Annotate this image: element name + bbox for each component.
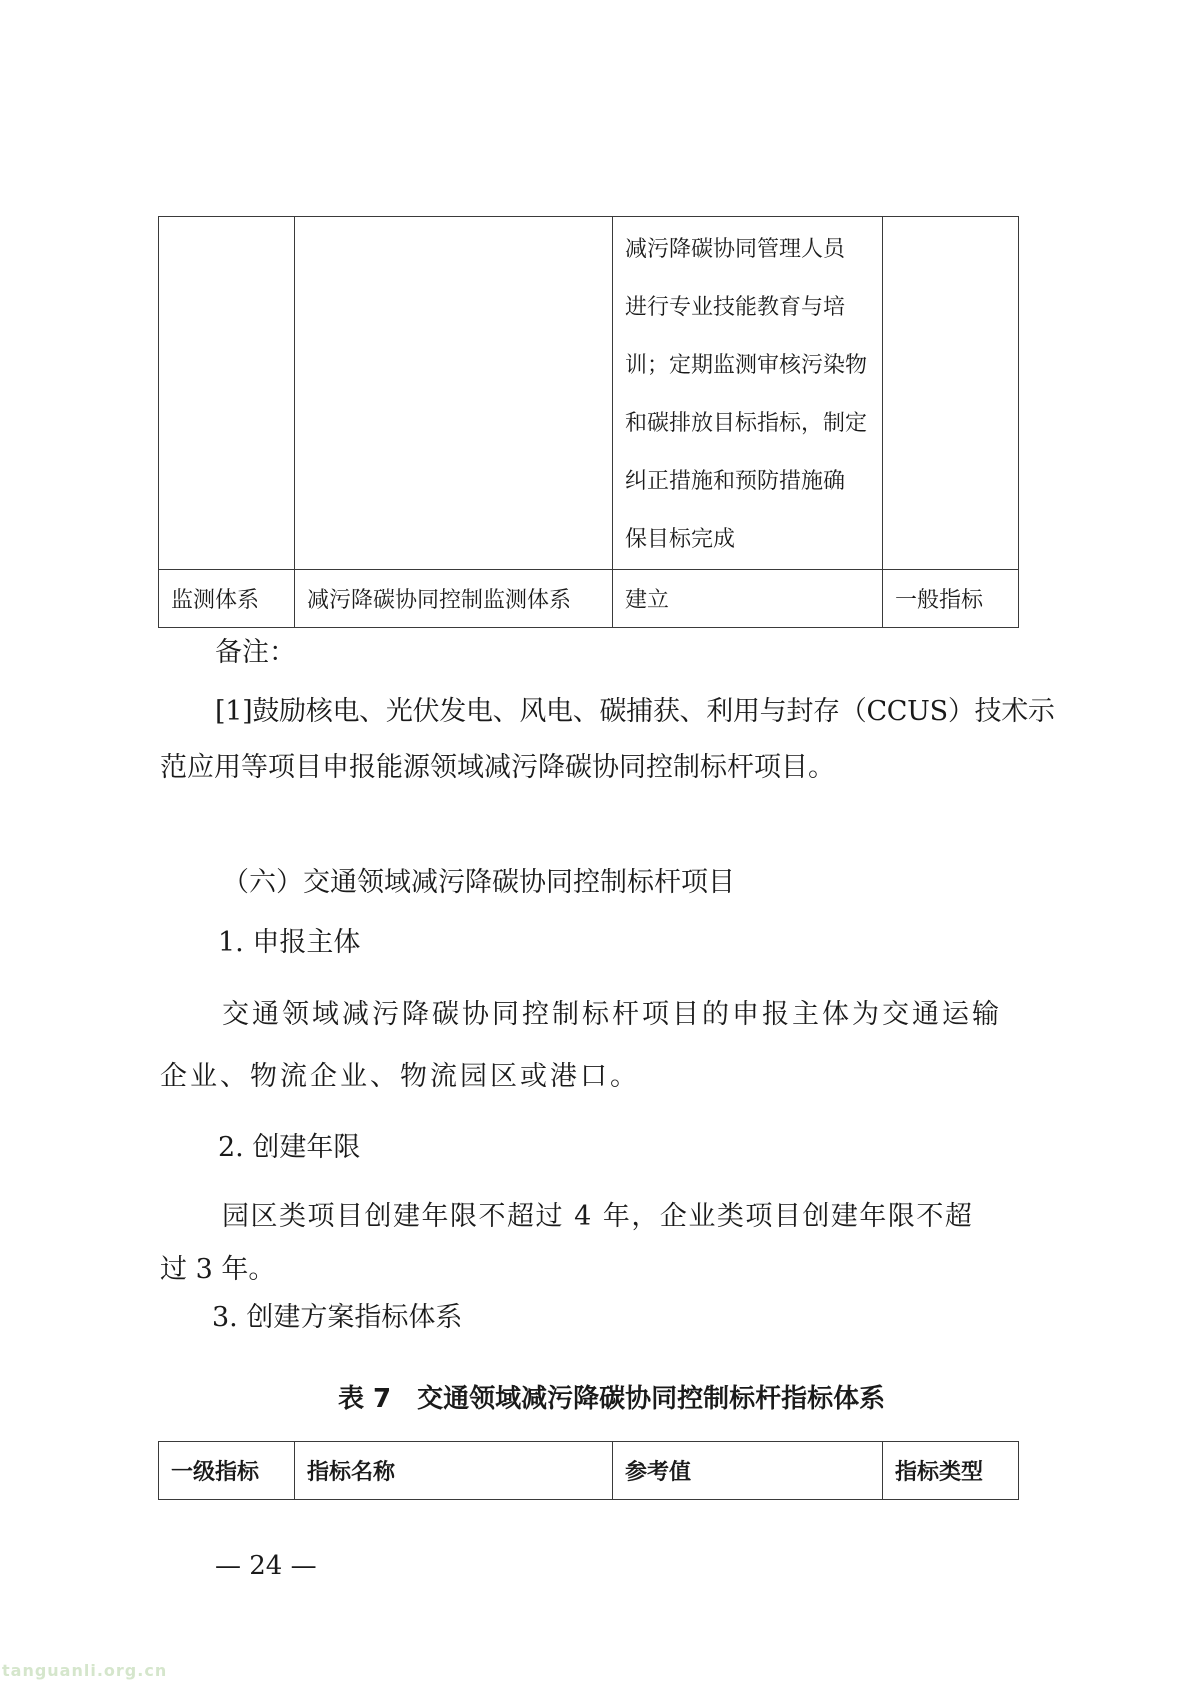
notes-label: 备注： [215, 636, 296, 670]
page-number: — 24 — [215, 1551, 317, 1581]
note-1-line-1: [1]鼓励核电、光伏发电、风电、碳捕获、利用与封存（CCUS）技术示 [215, 695, 1055, 729]
cell-reference: 建立 [613, 570, 883, 628]
header-reference-value: 参考值 [613, 1442, 883, 1500]
item-1-title: 1. 申报主体 [218, 926, 360, 960]
cell-type: 一般指标 [883, 570, 1019, 628]
cell-type [883, 217, 1019, 570]
cell-line: 和碳排放目标指标，制定 [625, 395, 882, 453]
header-indicator-type: 指标类型 [883, 1442, 1019, 1500]
item-2-title: 2. 创建年限 [218, 1131, 360, 1165]
table-row: 监测体系 减污降碳协同控制监测体系 建立 一般指标 [159, 570, 1019, 628]
section-heading: （六）交通领域减污降碳协同控制标杆项目 [222, 866, 735, 900]
item-3-title: 3. 创建方案指标体系 [212, 1301, 462, 1335]
item-1-line-2: 企业、物流企业、物流园区或港口。 [160, 1060, 640, 1094]
cell-level1 [159, 217, 295, 570]
cell-reference: 减污降碳协同管理人员 进行专业技能教育与培 训；定期监测审核污染物 和碳排放目标… [613, 217, 883, 570]
header-indicator-name: 指标名称 [295, 1442, 613, 1500]
note-1-line-2: 范应用等项目申报能源领域减污降碳协同控制标杆项目。 [160, 751, 835, 785]
table-7: 一级指标 指标名称 参考值 指标类型 [158, 1441, 1019, 1500]
table-row: 减污降碳协同管理人员 进行专业技能教育与培 训；定期监测审核污染物 和碳排放目标… [159, 217, 1019, 570]
cell-name [295, 217, 613, 570]
cell-line: 进行专业技能教育与培 [625, 279, 882, 337]
item-2-line-1: 园区类项目创建年限不超过 4 年，企业类项目创建年限不超 [222, 1200, 973, 1234]
cell-line: 训；定期监测审核污染物 [625, 337, 882, 395]
table-7-caption: 表 7 交通领域减污降碳协同控制标杆指标体系 [338, 1378, 885, 1415]
cell-line: 纠正措施和预防措施确 [625, 453, 882, 511]
item-2-line-2: 过 3 年。 [160, 1253, 275, 1287]
indicator-table-continued: 减污降碳协同管理人员 进行专业技能教育与培 训；定期监测审核污染物 和碳排放目标… [158, 216, 1019, 628]
cell-name: 减污降碳协同控制监测体系 [295, 570, 613, 628]
cell-line: 保目标完成 [625, 511, 882, 569]
header-level1: 一级指标 [159, 1442, 295, 1500]
cell-line: 减污降碳协同管理人员 [625, 221, 882, 279]
cell-level1: 监测体系 [159, 570, 295, 628]
item-1-line-1: 交通领域减污降碳协同控制标杆项目的申报主体为交通运输 [222, 998, 1002, 1032]
watermark: tanguanli.org.cn [2, 1661, 167, 1680]
table-header-row: 一级指标 指标名称 参考值 指标类型 [159, 1442, 1019, 1500]
